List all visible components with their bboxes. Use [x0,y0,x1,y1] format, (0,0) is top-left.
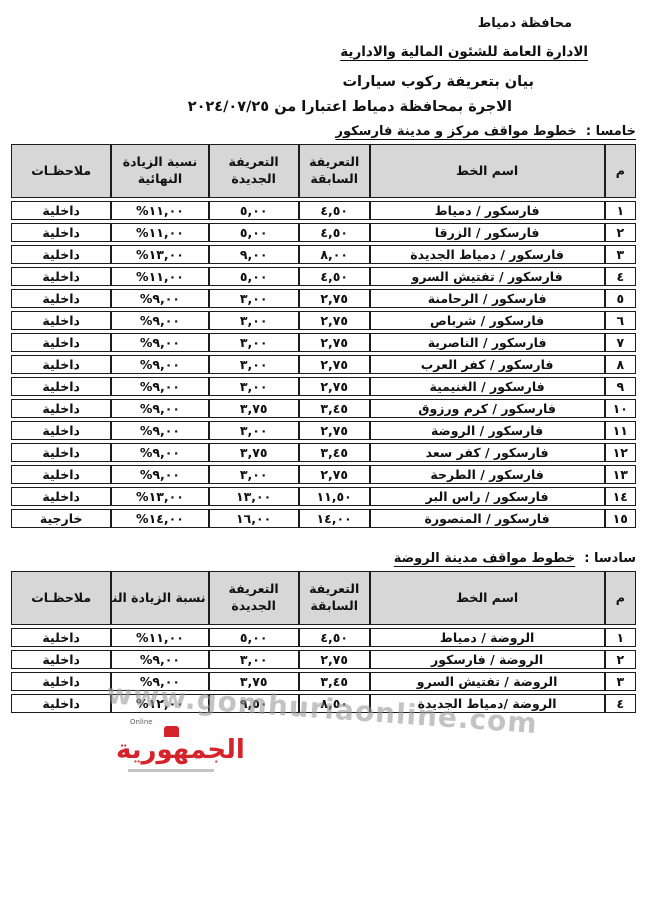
col-header-number: م [605,144,636,198]
col-header-increase-pct: نسبة الزيادة النهائية [111,144,208,198]
section-name: خطوط مواقف مركز و مدينة فارسكور [335,124,576,139]
cell-prev: ٢,٧٥ [299,421,370,440]
cell-notes: داخلية [11,245,111,264]
cell-num: ٨ [605,355,636,374]
section-title-sixth: سادسا : خطوط مواقف مدينة الروضة [0,551,636,566]
cell-notes: داخلية [11,201,111,220]
cell-prev: ٤,٥٠ [299,267,370,286]
cell-new: ٣,٠٠ [209,355,299,374]
table-row: ١٢فارسكور / كفر سعد٣,٤٥٣,٧٥%٩,٠٠داخلية [11,443,636,462]
cell-notes: داخلية [11,487,111,506]
cell-name: فارسكور / راس البر [370,487,605,506]
cell-num: ١٣ [605,465,636,484]
cell-new: ٥,٠٠ [209,628,299,647]
gomhuria-online-logo: Online الجمهورية [116,718,226,772]
cell-new: ٩,٥٠ [209,694,299,713]
cell-new: ٥,٠٠ [209,223,299,242]
table-row: ١فارسكور / دمياط٤,٥٠٥,٠٠%١١,٠٠داخلية [11,201,636,220]
document-header: محافظة دمياط الادارة العامة للشئون المال… [0,0,646,115]
cell-name: فارسكور / الروضة [370,421,605,440]
cell-prev: ٢,٧٥ [299,377,370,396]
cell-notes: داخلية [11,628,111,647]
cell-pct: %٩,٠٠ [111,672,208,691]
cell-num: ٢ [605,223,636,242]
cell-notes: خارجية [11,509,111,528]
cell-notes: داخلية [11,672,111,691]
col-header-previous-tariff: التعريفة السابقة [299,571,370,625]
cell-notes: داخلية [11,443,111,462]
table-row: ٢فارسكور / الزرقا٤,٥٠٥,٠٠%١١,٠٠داخلية [11,223,636,242]
cell-name: فارسكور / دمياط الجديدة [370,245,605,264]
cell-prev: ٣,٤٥ [299,399,370,418]
cell-new: ٩,٠٠ [209,245,299,264]
cell-pct: %٩,٠٠ [111,333,208,352]
cell-pct: %١١,٠٠ [111,223,208,242]
cell-pct: %١١,٠٠ [111,267,208,286]
cell-pct: %١٤,٠٠ [111,509,208,528]
effective-date: ٢٠٢٤/٠٧/٢٥ [188,99,269,115]
cell-prev: ٣,٤٥ [299,672,370,691]
cell-new: ٣,٠٠ [209,311,299,330]
cell-num: ٥ [605,289,636,308]
cell-prev: ٤,٥٠ [299,223,370,242]
cell-num: ٦ [605,311,636,330]
table-row: ٨فارسكور / كفر العرب٢,٧٥٣,٠٠%٩,٠٠داخلية [11,355,636,374]
table-header-row: م اسم الخط التعريفة السابقة التعريفة الج… [11,571,636,625]
cell-num: ١٤ [605,487,636,506]
col-header-line-name: اسم الخط [370,571,605,625]
cell-prev: ٢,٧٥ [299,333,370,352]
cell-pct: %٩,٠٠ [111,289,208,308]
cell-notes: داخلية [11,694,111,713]
section-prefix: خامسا : [586,124,636,139]
cell-name: فارسكور / المنصورة [370,509,605,528]
cell-prev: ٢,٧٥ [299,465,370,484]
cell-name: فارسكور / كفر سعد [370,443,605,462]
cell-num: ٣ [605,672,636,691]
cell-num: ٤ [605,267,636,286]
cell-new: ٣,٧٥ [209,443,299,462]
cell-name: فارسكور / دمياط [370,201,605,220]
cell-prev: ٤,٥٠ [299,628,370,647]
cell-new: ٣,٠٠ [209,289,299,308]
col-header-notes: ملاحظـات [11,571,111,625]
table-row: ٣الروضة / تفتيش السرو٣,٤٥٣,٧٥%٩,٠٠داخلية [11,672,636,691]
cell-new: ١٣,٠٠ [209,487,299,506]
cell-name: فارسكور / شرباص [370,311,605,330]
cell-prev: ٨,٥٠ [299,694,370,713]
table-row: ١٣فارسكور / الطرحة٢,٧٥٣,٠٠%٩,٠٠داخلية [11,465,636,484]
section-prefix: سادسا : [584,551,636,566]
cell-notes: داخلية [11,333,111,352]
cell-name: فارسكور / الناصرية [370,333,605,352]
cell-new: ٣,٠٠ [209,333,299,352]
cell-name: فارسكور / الرحامنة [370,289,605,308]
table-row: ١٤فارسكور / راس البر١١,٥٠١٣,٠٠%١٣,٠٠داخل… [11,487,636,506]
logo-online-label: Online [130,718,226,726]
section-name: خطوط مواقف مدينة الروضة [394,551,576,566]
cell-prev: ١٤,٠٠ [299,509,370,528]
cell-new: ٣,٧٥ [209,399,299,418]
cell-pct: %١٣,٠٠ [111,487,208,506]
cell-name: فارسكور / كرم ورزوق [370,399,605,418]
cell-pct: %١١,٠٠ [111,628,208,647]
administration-title: الادارة العامة للشئون المالية والادارية [0,44,588,60]
cell-notes: داخلية [11,311,111,330]
cell-name: فارسكور / تفتيش السرو [370,267,605,286]
cell-num: ٩ [605,377,636,396]
cell-num: ٣ [605,245,636,264]
effective-date-line: الاجرة بمحافظة دمياط اعتبارا من ٢٠٢٤/٠٧/… [0,99,512,115]
effective-date-text: الاجرة بمحافظة دمياط اعتبارا من [274,99,512,115]
cell-new: ٣,٧٥ [209,672,299,691]
statement-title: بيان بتعريفة ركوب سيارات [0,74,534,90]
cell-pct: %١١,٠٠ [111,201,208,220]
cell-name: فارسكور / كفر العرب [370,355,605,374]
cell-num: ١٢ [605,443,636,462]
cell-notes: داخلية [11,289,111,308]
cell-prev: ٢,٧٥ [299,650,370,669]
cell-notes: داخلية [11,267,111,286]
table-row: ٣فارسكور / دمياط الجديدة٨,٠٠٩,٠٠%١٣,٠٠دا… [11,245,636,264]
table-row: ١الروضة / دمياط٤,٥٠٥,٠٠%١١,٠٠داخلية [11,628,636,647]
col-header-number: م [605,571,636,625]
cell-num: ١ [605,628,636,647]
cell-name: فارسكور / الطرحة [370,465,605,484]
cell-num: ٢ [605,650,636,669]
cell-notes: داخلية [11,223,111,242]
table-row: ٥فارسكور / الرحامنة٢,٧٥٣,٠٠%٩,٠٠داخلية [11,289,636,308]
scanned-tariff-document: محافظة دمياط الادارة العامة للشئون المال… [0,0,646,922]
cell-new: ٥,٠٠ [209,201,299,220]
table-row: ٩فارسكور / الغنيمية٢,٧٥٣,٠٠%٩,٠٠داخلية [11,377,636,396]
table-row: ١١فارسكور / الروضة٢,٧٥٣,٠٠%٩,٠٠داخلية [11,421,636,440]
cell-name: الروضة / تفتيش السرو [370,672,605,691]
cell-name: فارسكور / الغنيمية [370,377,605,396]
col-header-new-tariff: التعريفة الجديدة [209,571,299,625]
cell-prev: ٢,٧٥ [299,289,370,308]
cell-pct: %٩,٠٠ [111,650,208,669]
cell-pct: %٩,٠٠ [111,443,208,462]
table-row: ١٠فارسكور / كرم ورزوق٣,٤٥٣,٧٥%٩,٠٠داخلية [11,399,636,418]
cell-num: ١٠ [605,399,636,418]
logo-emblem-icon [164,726,179,737]
table-row: ٤فارسكور / تفتيش السرو٤,٥٠٥,٠٠%١١,٠٠داخل… [11,267,636,286]
cell-num: ١٥ [605,509,636,528]
cell-new: ٥,٠٠ [209,267,299,286]
cell-notes: داخلية [11,650,111,669]
cell-notes: داخلية [11,465,111,484]
rawda-lines-table: م اسم الخط التعريفة السابقة التعريفة الج… [11,568,636,716]
cell-pct: %٩,٠٠ [111,377,208,396]
farskour-lines-table: م اسم الخط التعريفة السابقة التعريفة الج… [11,141,636,531]
cell-num: ٤ [605,694,636,713]
col-header-new-tariff: التعريفة الجديدة [209,144,299,198]
cell-pct: %٩,٠٠ [111,465,208,484]
table-row: ١٥فارسكور / المنصورة١٤,٠٠١٦,٠٠%١٤,٠٠خارج… [11,509,636,528]
cell-num: ٧ [605,333,636,352]
governorate-title: محافظة دمياط [0,16,572,31]
logo-caption-line [128,769,214,772]
cell-pct: %٩,٠٠ [111,311,208,330]
table-row: ٧فارسكور / الناصرية٢,٧٥٣,٠٠%٩,٠٠داخلية [11,333,636,352]
table-header-row: م اسم الخط التعريفة السابقة التعريفة الج… [11,144,636,198]
cell-new: ٣,٠٠ [209,465,299,484]
logo-wordmark: الجمهورية [116,737,226,764]
cell-pct: %١٢,٠٠ [111,694,208,713]
cell-name: الروضة / فارسكور [370,650,605,669]
cell-notes: داخلية [11,421,111,440]
cell-name: فارسكور / الزرقا [370,223,605,242]
col-header-line-name: اسم الخط [370,144,605,198]
cell-new: ٣,٠٠ [209,650,299,669]
cell-prev: ٢,٧٥ [299,311,370,330]
col-header-increase-pct: نسبة الزيادة النهائية [111,571,208,625]
cell-new: ١٦,٠٠ [209,509,299,528]
section-title-fifth: خامسا : خطوط مواقف مركز و مدينة فارسكور [0,124,636,139]
cell-pct: %٩,٠٠ [111,399,208,418]
cell-notes: داخلية [11,355,111,374]
cell-notes: داخلية [11,399,111,418]
cell-prev: ٢,٧٥ [299,355,370,374]
cell-notes: داخلية [11,377,111,396]
cell-prev: ٣,٤٥ [299,443,370,462]
cell-pct: %٩,٠٠ [111,355,208,374]
cell-prev: ١١,٥٠ [299,487,370,506]
cell-num: ١١ [605,421,636,440]
cell-pct: %٩,٠٠ [111,421,208,440]
cell-new: ٣,٠٠ [209,377,299,396]
col-header-notes: ملاحظـات [11,144,111,198]
table-row: ٦فارسكور / شرباص٢,٧٥٣,٠٠%٩,٠٠داخلية [11,311,636,330]
cell-name: الروضة /دمياط الجديدة [370,694,605,713]
cell-prev: ٨,٠٠ [299,245,370,264]
cell-num: ١ [605,201,636,220]
cell-name: الروضة / دمياط [370,628,605,647]
cell-new: ٣,٠٠ [209,421,299,440]
col-header-previous-tariff: التعريفة السابقة [299,144,370,198]
table-row: ٤الروضة /دمياط الجديدة٨,٥٠٩,٥٠%١٢,٠٠داخل… [11,694,636,713]
table-row: ٢الروضة / فارسكور٢,٧٥٣,٠٠%٩,٠٠داخلية [11,650,636,669]
cell-prev: ٤,٥٠ [299,201,370,220]
cell-pct: %١٣,٠٠ [111,245,208,264]
